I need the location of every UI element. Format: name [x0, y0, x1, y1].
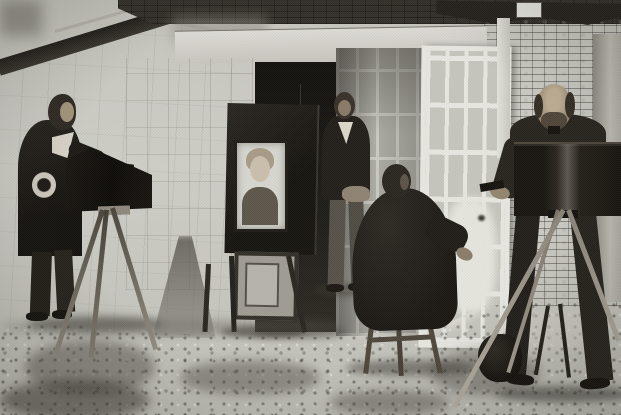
- vignette-overlay: [0, 0, 621, 415]
- photograph: [0, 0, 621, 415]
